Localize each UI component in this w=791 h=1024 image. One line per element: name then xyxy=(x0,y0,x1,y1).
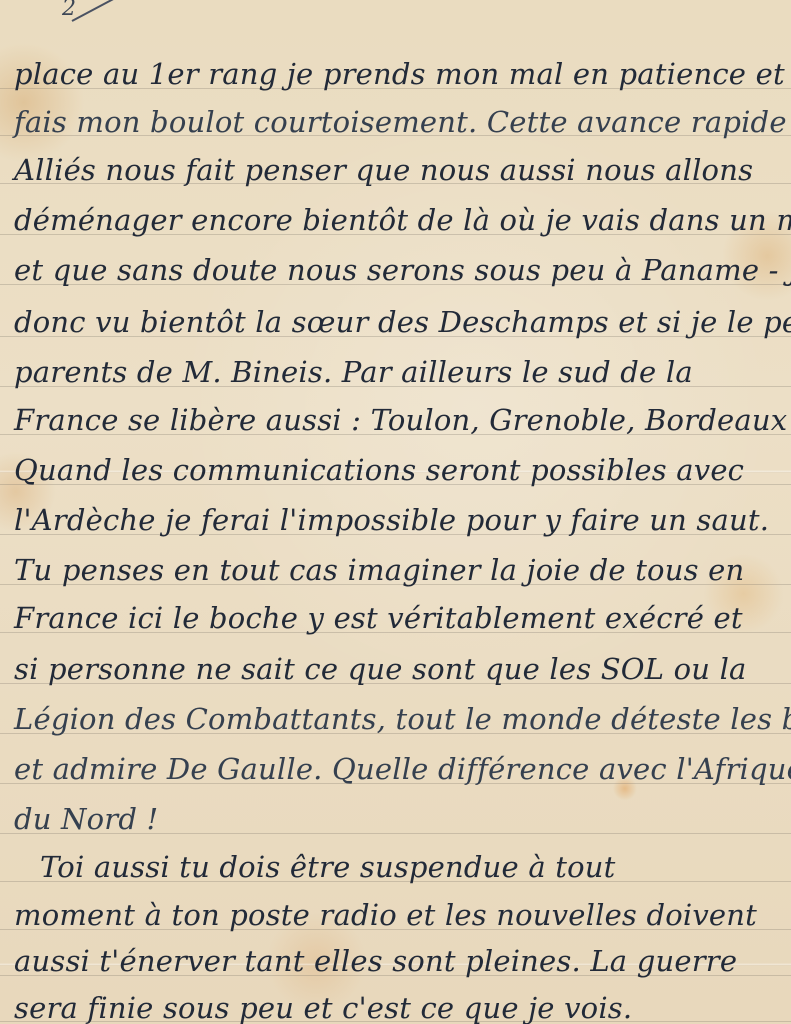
letter-line: si personne ne sait ce que sont que les … xyxy=(14,655,747,684)
letter-line: et que sans doute nous serons sous peu à… xyxy=(14,256,791,285)
letter-line: France ici le boche y est véritablement … xyxy=(14,604,743,633)
letter-page: 2 place au 1er rang je prends mon mal en… xyxy=(0,0,791,1024)
letter-line: parents de M. Bineis. Par ailleurs le su… xyxy=(14,358,693,387)
letter-line: aussi t'énerver tant elles sont pleines.… xyxy=(14,947,737,976)
page-number-slash xyxy=(72,0,119,22)
letter-line: l'Ardèche je ferai l'impossible pour y f… xyxy=(14,506,769,535)
letter-line: donc vu bientôt la sœur des Deschamps et… xyxy=(14,308,791,337)
letter-line: sera finie sous peu et c'est ce que je v… xyxy=(14,994,632,1023)
letter-line: Légion des Combattants, tout le monde dé… xyxy=(14,705,791,734)
letter-line: du Nord ! xyxy=(14,805,158,834)
letter-line: Tu penses en tout cas imaginer la joie d… xyxy=(14,556,744,585)
letter-line: Toi aussi tu dois être suspendue à tout xyxy=(40,853,616,882)
letter-line: France se libère aussi : Toulon, Grenobl… xyxy=(14,406,791,435)
letter-line: Alliés nous fait penser que nous aussi n… xyxy=(14,156,753,185)
letter-line: déménager encore bientôt de là où je vai… xyxy=(14,206,791,235)
letter-line: Quand les communications seront possible… xyxy=(14,456,744,485)
letter-line: moment à ton poste radio et les nouvelle… xyxy=(14,901,757,930)
letter-line: place au 1er rang je prends mon mal en p… xyxy=(14,60,785,89)
letter-line: et admire De Gaulle. Quelle différence a… xyxy=(14,755,791,784)
letter-line: fais mon boulot courtoisement. Cette ava… xyxy=(14,108,791,137)
